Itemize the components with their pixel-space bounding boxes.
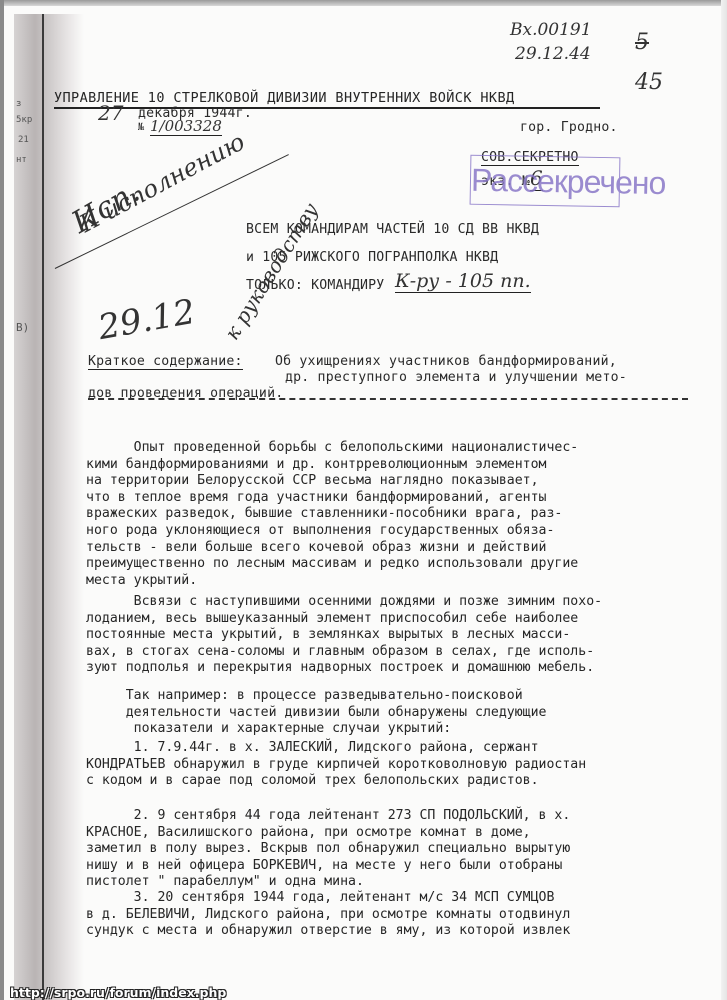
text-line: зуют подполья и перекрытия надворных пос…	[86, 660, 706, 677]
scan-frame-top	[0, 0, 727, 6]
text-line: с кодом и в сарае под соломой трех белоп…	[86, 773, 706, 790]
addressee-handwritten: К-ру - 105 пп.	[395, 270, 531, 293]
binding-edge	[42, 14, 44, 1000]
scan-frame-right	[721, 0, 727, 1000]
text-line: Опыт проведенной борьбы с белопольскими …	[86, 440, 706, 457]
text-line: тельств - вели больше всего кочевой обра…	[86, 540, 706, 557]
page-number: 45	[635, 70, 663, 95]
document-number: 1/003328	[150, 117, 222, 136]
text-line: Так например: в процессе разведывательно…	[86, 688, 706, 705]
text-line: лоданием, весь вышеуказанный элемент при…	[86, 611, 706, 628]
text-line: что в теплое время года участники бандфо…	[86, 490, 706, 507]
margin-fragment: 5кр	[16, 116, 32, 125]
summary-line: Об ухищрениях участников бандформировани…	[275, 354, 617, 369]
source-watermark: http://srpo.ru/forum/index.php	[10, 985, 226, 1000]
text-line: нишу и в ней офицера БОРКЕВИЧ, на месте …	[86, 858, 706, 875]
text-line: постоянные места укрытий, в землянках вы…	[86, 627, 706, 644]
margin-fragment: з	[16, 100, 21, 109]
text-line: показатели и характерные случаи укрытий:	[86, 721, 706, 738]
page-number-struck: 5	[635, 30, 649, 55]
text-line: ного рода уклоняющиеся от выполнения гос…	[86, 523, 706, 540]
text-line: преимущественно по лесным массивам и ред…	[86, 556, 706, 573]
document-heading: УПРАВЛЕНИЕ 10 СТРЕЛКОВОЙ ДИВИЗИИ ВНУТРЕН…	[54, 90, 600, 109]
text-line: деятельности частей дивизии были обнаруж…	[86, 705, 706, 722]
number-prefix: №	[138, 122, 144, 133]
text-line: 3. 20 сентября 1944 года, лейтенант м/с …	[86, 890, 706, 907]
summary-line: др. преступного элемента и улучшении мет…	[285, 370, 627, 385]
incoming-date-note: 29.12.44	[515, 44, 591, 64]
scan-frame-left	[0, 0, 4, 1000]
text-line: КРАСНОЕ, Василишского района, при осмотр…	[86, 825, 706, 842]
body-paragraph: Так например: в процессе разведывательно…	[86, 688, 706, 738]
text-line: заметил в полу вырез. Вскрыв пол обнаруж…	[86, 841, 706, 858]
separator-line	[88, 398, 688, 400]
text-line: Всвязи с наступившими осенними дождями и…	[86, 594, 706, 611]
body-paragraph: 2. 9 сентября 44 года лейтенант 273 СП П…	[86, 808, 706, 891]
text-line: на территории Белорусской ССР весьма наг…	[86, 473, 706, 490]
margin-fragment: нт	[16, 156, 27, 165]
text-line: сундук с места и обнаружил отверстие в я…	[86, 923, 706, 940]
body-paragraph: Опыт проведенной борьбы с белопольскими …	[86, 440, 706, 589]
summary-label: Краткое содержание:	[88, 354, 243, 370]
declassified-stamp: Рассекречено	[470, 155, 621, 208]
body-paragraph: 3. 20 сентября 1944 года, лейтенант м/с …	[86, 890, 706, 940]
margin-fragment: В)	[16, 322, 29, 333]
text-line: вражеских разведок, бывшие ставленники-п…	[86, 506, 706, 523]
text-line: 2. 9 сентября 44 года лейтенант 273 СП П…	[86, 808, 706, 825]
text-line: КОНДРАТЬЕВ обнаружил в груде кирпичей ко…	[86, 757, 706, 774]
text-line: пистолет " парабеллум" и одна мина.	[86, 874, 706, 891]
text-line: в д. БЕЛЕВИЧИ, Лидского района, при осмо…	[86, 907, 706, 924]
text-line: кими бандформированиями и др. контрревол…	[86, 457, 706, 474]
city: гор. Гродно.	[520, 120, 618, 135]
body-paragraph: 1. 7.9.44г. в х. ЗАЛЕСКИЙ, Лидского райо…	[86, 740, 706, 790]
date-day: 27	[98, 101, 123, 125]
incoming-number-note: Вх.00191	[510, 20, 592, 40]
margin-fragment: 21	[18, 136, 29, 145]
text-line: места укрытий.	[86, 573, 706, 590]
body-paragraph: Всвязи с наступившими осенними дождями и…	[86, 594, 706, 677]
text-line: 1. 7.9.44г. в х. ЗАЛЕСКИЙ, Лидского райо…	[86, 740, 706, 757]
text-line: вах, в стогах сена-соломы и главным обра…	[86, 644, 706, 661]
